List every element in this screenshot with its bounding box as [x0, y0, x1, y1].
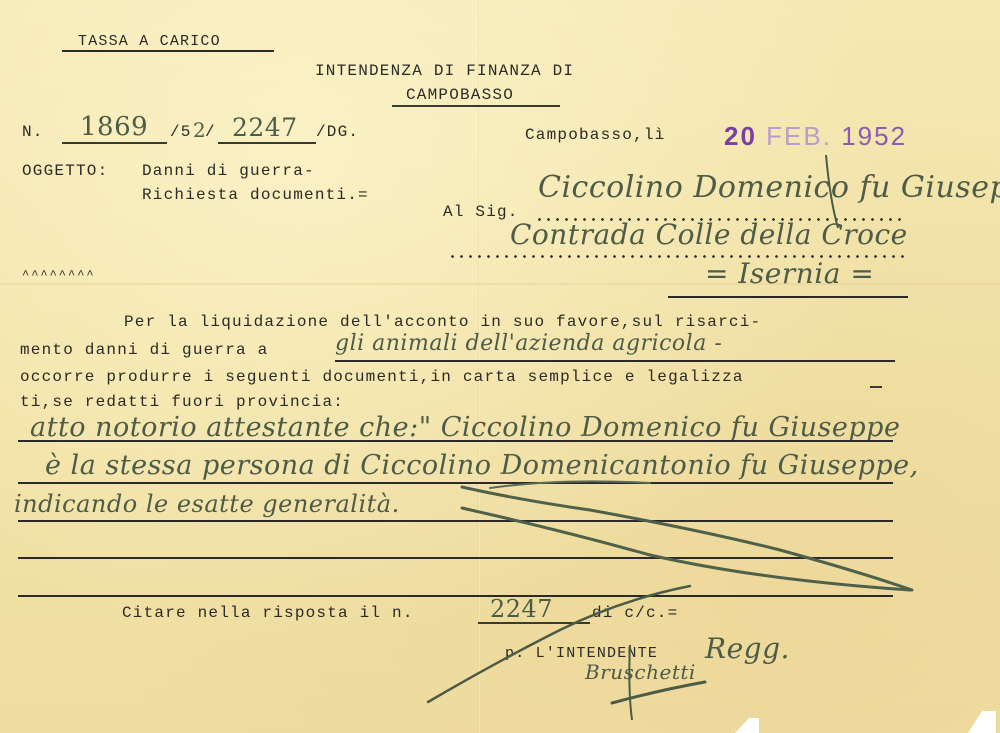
torn-edge: [735, 718, 759, 733]
signature-scrawl: Bruschetti: [585, 660, 696, 684]
tax-label-underline: [62, 50, 274, 52]
cite-typed: Citare nella risposta il n.: [122, 604, 414, 622]
body-line-2-handwritten: gli animali dell'azienda agricola -: [335, 331, 722, 356]
doc-line-1-rule: [18, 440, 893, 442]
ref-slash: /: [205, 123, 216, 141]
doc-line-2-rule: [18, 482, 893, 484]
ref-file-handwritten: 2247: [232, 113, 298, 142]
subject-line-2: Richiesta documenti.=: [142, 186, 369, 204]
cite-suffix: di c/c.=: [592, 604, 678, 622]
signature-regg-handwritten: Regg.: [705, 632, 790, 665]
subject-label: OGGETTO:: [22, 162, 108, 180]
doc-line-1-handwritten: atto notorio attestante che:" Ciccolino …: [30, 412, 900, 443]
ref-number-handwritten: 1869: [80, 112, 148, 142]
cite-number-handwritten: 2247: [490, 595, 553, 623]
ref-number-underline: [62, 142, 167, 144]
doc-line-5-rule: [18, 595, 893, 597]
body-line-3-mark: [870, 386, 882, 388]
body-line-4: ti,se redatti fuori provincia:: [20, 393, 344, 411]
body-line-3: occorre produrre i seguenti documenti,in…: [20, 368, 744, 386]
office-title: INTENDENZA DI FINANZA DI: [315, 62, 574, 80]
body-line-2-underline: [335, 360, 895, 362]
doc-line-3-handwritten: indicando le esatte generalità.: [14, 490, 400, 518]
cancel-stroke-1: [462, 487, 912, 590]
recipient-city-handwritten: = Isernia =: [705, 257, 874, 290]
tax-label: TASSA A CARICO: [78, 33, 221, 50]
stamp-year: 1952: [841, 121, 907, 151]
document-page: TASSA A CARICO INTENDENZA DI FINANZA DI …: [0, 0, 1000, 733]
signature-underline-stroke: [612, 682, 705, 703]
place-label: Campobasso,lì: [525, 126, 665, 144]
subject-line-1: Danni di guerra-: [142, 162, 315, 180]
ref-year: /5: [170, 123, 192, 141]
stamp-day: 20: [724, 121, 757, 151]
body-line-2-typed: mento danni di guerra a: [20, 341, 268, 359]
doc-line-3-rule: [18, 520, 893, 522]
recipient-underline: [668, 296, 908, 298]
stamp-month: FEB.: [766, 121, 832, 151]
doc-line-2-handwritten: è la stessa persona di Ciccolino Domenic…: [45, 450, 919, 481]
recipient-salutation: Al Sig.: [443, 203, 519, 221]
date-stamp: 20 FEB. 1952: [724, 121, 907, 152]
separator-carets: ^^^^^^^^: [22, 268, 96, 282]
ref-prefix: N.: [22, 123, 44, 141]
recipient-name-handwritten: Ciccolino Domenico fu Giuseppe: [538, 170, 1000, 205]
ref-file-underline: [218, 142, 316, 144]
torn-corner: [968, 711, 996, 733]
body-line-1: Per la liquidazione dell'acconto in suo …: [124, 313, 761, 331]
doc-line-4-rule: [18, 557, 893, 559]
ref-suffix: /DG.: [316, 123, 359, 141]
recipient-address-handwritten: Contrada Colle della Croce: [510, 218, 908, 251]
office-city: CAMPOBASSO: [406, 86, 514, 104]
office-city-underline: [392, 105, 560, 107]
